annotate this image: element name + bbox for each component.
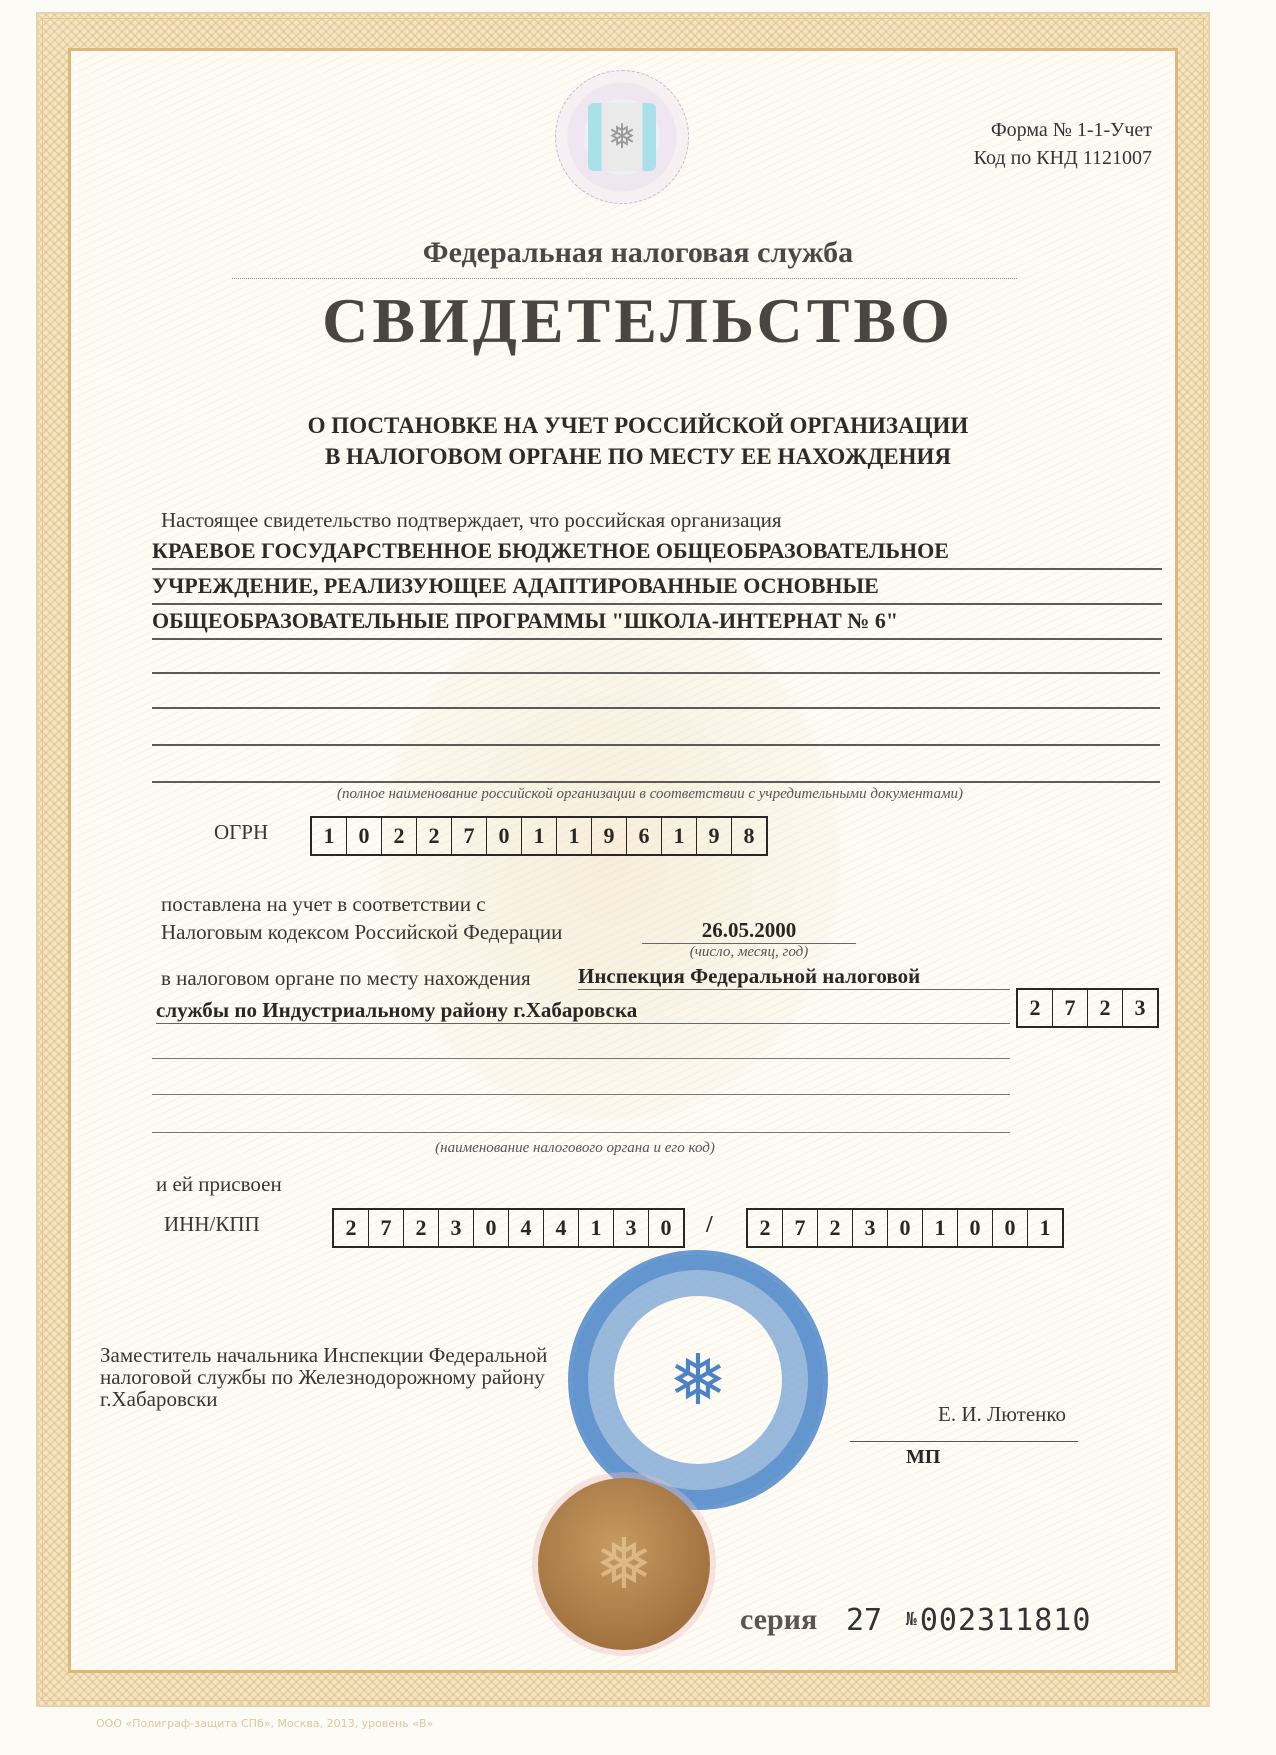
inn-digit: 0: [474, 1210, 509, 1246]
position-line: г.Хабаровски: [100, 1388, 547, 1410]
eagle-icon: ❅: [588, 103, 656, 171]
assignment-intro: и ей присвоен: [156, 1172, 282, 1197]
kpp-digit: 0: [888, 1210, 923, 1246]
kpp-digit: 2: [818, 1210, 853, 1246]
form-id: Форма № 1-1-Учет Код по КНД 1121007: [974, 116, 1152, 172]
inn-kpp-separator: /: [706, 1212, 713, 1239]
inn-digit: 0: [649, 1210, 683, 1246]
series-label: серия: [740, 1603, 817, 1637]
authority-code-digit: 7: [1053, 990, 1088, 1026]
document-title: СВИДЕТЕЛЬСТВО: [0, 284, 1276, 358]
ogrn-digit: 8: [732, 818, 766, 854]
ogrn-digit: 9: [592, 818, 627, 854]
kpp-digit: 0: [958, 1210, 993, 1246]
ogrn-field: 1022701196198: [310, 816, 768, 856]
series-number: 27: [846, 1603, 882, 1638]
kpp-digit: 1: [1028, 1210, 1062, 1246]
document-subtitle: О ПОСТАНОВКЕ НА УЧЕТ РОССИЙСКОЙ ОРГАНИЗА…: [0, 410, 1276, 472]
form-number: Форма № 1-1-Учет: [974, 116, 1152, 144]
blank-line: [152, 744, 1160, 746]
eagle-icon: ❅: [669, 1339, 728, 1422]
position-line: Заместитель начальника Инспекции Федерал…: [100, 1344, 547, 1366]
number-sign: №: [906, 1609, 918, 1630]
inn-kpp-label: ИНН/КПП: [164, 1212, 260, 1237]
ogrn-digit: 9: [697, 818, 732, 854]
hologram-emblem: ❅: [555, 70, 689, 204]
ogrn-digit: 1: [522, 818, 557, 854]
ogrn-digit: 6: [627, 818, 662, 854]
ogrn-digit: 1: [312, 818, 347, 854]
ogrn-digit: 2: [417, 818, 452, 854]
knd-code: Код по КНД 1121007: [974, 144, 1152, 172]
inn-digit: 3: [439, 1210, 474, 1246]
signature-line: [850, 1441, 1078, 1442]
registration-text: поставлена на учет в соответствии с: [161, 892, 486, 917]
registration-text: Налоговым кодексом Российской Федерации: [161, 920, 562, 945]
authority-intro: в налоговом органе по месту нахождения: [161, 966, 531, 991]
inn-digit: 1: [579, 1210, 614, 1246]
authority-name-line: Инспекция Федеральной налоговой: [578, 964, 1010, 990]
ogrn-digit: 1: [557, 818, 592, 854]
blank-line: [152, 707, 1160, 709]
blank-line: [152, 1132, 1010, 1133]
authority-caption: (наименование налогового органа и его ко…: [350, 1140, 800, 1157]
kpp-digit: 3: [853, 1210, 888, 1246]
ogrn-digit: 2: [382, 818, 417, 854]
inn-digit: 4: [509, 1210, 544, 1246]
ogrn-label: ОГРН: [214, 820, 268, 845]
ogrn-digit: 0: [347, 818, 382, 854]
authority-code-digit: 2: [1018, 990, 1053, 1026]
blank-line: [152, 672, 1160, 674]
printer-imprint: ООО «Полиграф-защита СПб», Москва, 2013,…: [96, 1717, 433, 1730]
eagle-watermark: [380, 600, 840, 1120]
org-name-line: КРАЕВОЕ ГОСУДАРСТВЕННОЕ БЮДЖЕТНОЕ ОБЩЕОБ…: [152, 534, 1162, 570]
signatory-position: Заместитель начальника Инспекции Федерал…: [100, 1344, 547, 1410]
blank-line: [152, 781, 1160, 783]
inn-field: 2723044130: [332, 1208, 685, 1248]
inn-digit: 2: [334, 1210, 369, 1246]
serial-digits: 002311810: [920, 1603, 1092, 1638]
subtitle-line: В НАЛОГОВОМ ОРГАНЕ ПО МЕСТУ ЕЕ НАХОЖДЕНИ…: [0, 441, 1276, 472]
inn-digit: 4: [544, 1210, 579, 1246]
org-name-line: УЧРЕЖДЕНИЕ, РЕАЛИЗУЮЩЕЕ АДАПТИРОВАННЫЕ О…: [152, 569, 1162, 605]
inn-digit: 3: [614, 1210, 649, 1246]
ogrn-digit: 0: [487, 818, 522, 854]
agency-name: Федеральная налоговая служба: [0, 236, 1276, 270]
eagle-icon: ❅: [595, 1523, 654, 1606]
gold-seal: ❅: [538, 1478, 710, 1650]
kpp-field: 272301001: [746, 1208, 1064, 1248]
signatory-name: Е. И. Лютенко: [938, 1402, 1066, 1427]
official-stamp: ❅: [568, 1250, 828, 1510]
kpp-digit: 2: [748, 1210, 783, 1246]
authority-name-line: службы по Индустриальному району г.Хабар…: [156, 998, 1010, 1024]
ogrn-digit: 1: [662, 818, 697, 854]
blank-line: [152, 1058, 1010, 1059]
agency-divider: [232, 278, 1017, 279]
inn-digit: 2: [404, 1210, 439, 1246]
date-caption: (число, месяц, год): [642, 944, 856, 961]
intro-text: Настоящее свидетельство подтверждает, чт…: [161, 508, 782, 533]
authority-code-digit: 3: [1123, 990, 1157, 1026]
seal-mark: МП: [906, 1446, 940, 1469]
blank-line: [152, 1094, 1010, 1095]
authority-code-digit: 2: [1088, 990, 1123, 1026]
org-name-line: ОБЩЕОБРАЗОВАТЕЛЬНЫЕ ПРОГРАММЫ "ШКОЛА-ИНТ…: [152, 604, 1162, 640]
inn-digit: 7: [369, 1210, 404, 1246]
kpp-digit: 1: [923, 1210, 958, 1246]
org-name-caption: (полное наименование российской организа…: [250, 786, 1050, 803]
kpp-digit: 0: [993, 1210, 1028, 1246]
ogrn-digit: 7: [452, 818, 487, 854]
kpp-digit: 7: [783, 1210, 818, 1246]
authority-code-field: 2723: [1016, 988, 1159, 1028]
position-line: налоговой службы по Железнодорожному рай…: [100, 1366, 547, 1388]
registration-date: 26.05.2000: [642, 918, 856, 944]
serial-number: №002311810: [906, 1603, 1091, 1638]
subtitle-line: О ПОСТАНОВКЕ НА УЧЕТ РОССИЙСКОЙ ОРГАНИЗА…: [0, 410, 1276, 441]
